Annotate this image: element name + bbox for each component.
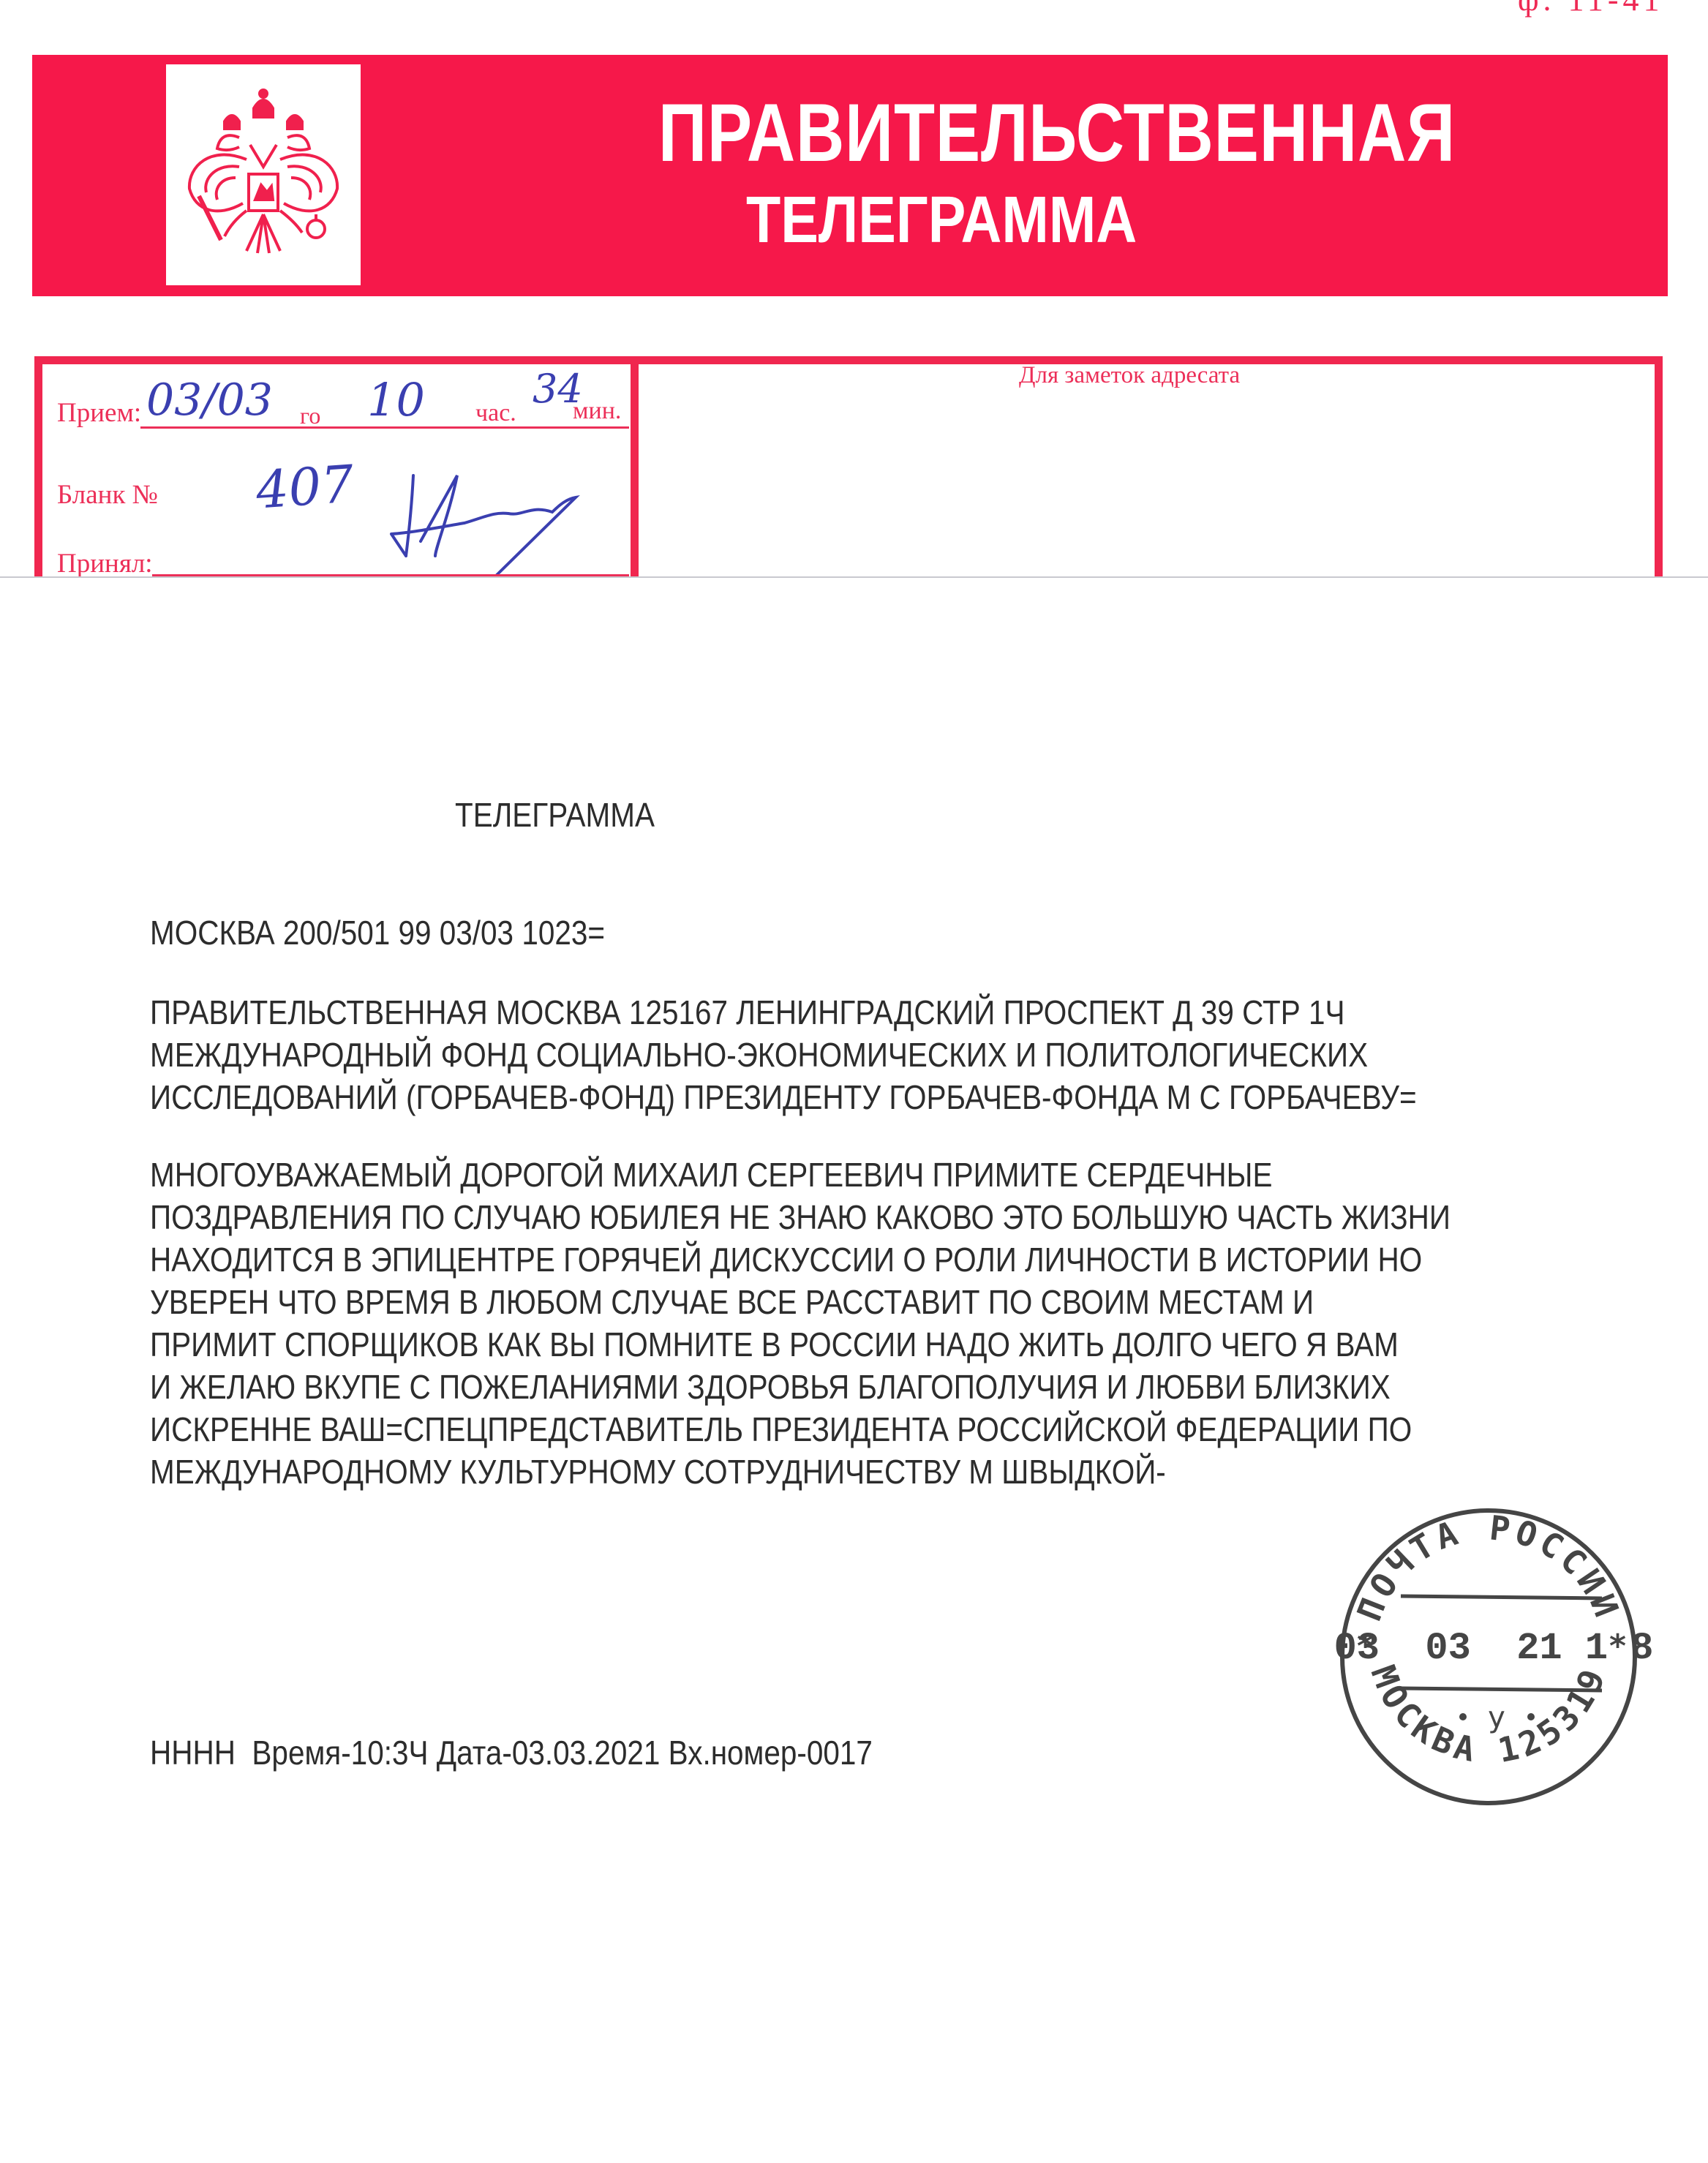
- blank-number-label: Бланк №: [57, 479, 158, 511]
- address-line: МЕЖДУНАРОДНЫЙ ФОНД СОЦИАЛЬНО-ЭКОНОМИЧЕСК…: [150, 1037, 1417, 1080]
- telegram-address: ПРАВИТЕЛЬСТВЕННАЯ МОСКВА 125167 ЛЕНИНГРА…: [150, 995, 1590, 1122]
- postmark-top-text: ПОЧТА РОССИИ: [1350, 1508, 1628, 1626]
- recipient-notes-label: Для заметок адресата: [1019, 362, 1240, 389]
- reception-hour-handwritten: 10: [367, 373, 425, 426]
- telegram-routing: МОСКВА 200/501 99 03/03 1023=: [150, 915, 605, 950]
- svg-text:ПОЧТА РОССИИ: ПОЧТА РОССИИ: [1350, 1508, 1628, 1626]
- form-number: ф. 11-41: [1518, 0, 1664, 18]
- russian-coat-of-arms-icon: [166, 64, 361, 285]
- reception-underline: [140, 426, 629, 429]
- body-line: И ЖЕЛАЮ ВКУПЕ С ПОЖЕЛАНИЯМИ ЗДОРОВЬЯ БЛА…: [150, 1369, 1451, 1412]
- form-column-divider: [631, 356, 639, 578]
- body-line: ПОЗДРАВЛЕНИЯ ПО СЛУЧАЮ ЮБИЛЕЯ НЕ ЗНАЮ КА…: [150, 1200, 1451, 1242]
- telegram-heading: ТЕЛЕГРАММА: [455, 797, 655, 832]
- telegram-body: МНОГОУВАЖАЕМЫЙ ДОРОГОЙ МИХАИЛ СЕРГЕЕВИЧ …: [150, 1157, 1628, 1497]
- minute-label: мин.: [573, 397, 621, 425]
- address-line: ПРАВИТЕЛЬСТВЕННАЯ МОСКВА 125167 ЛЕНИНГРА…: [150, 995, 1417, 1037]
- body-line: ИСКРЕННЕ ВАШ=СПЕЦПРЕДСТАВИТЕЛЬ ПРЕЗИДЕНТ…: [150, 1412, 1451, 1454]
- body-line: ПРИМИТ СПОРЩИКОВ КАК ВЫ ПОМНИТЕ В РОССИИ…: [150, 1327, 1451, 1369]
- postmark-stamp-icon: ПОЧТА РОССИИ МОСКВА 125319 * * 03 03 21 …: [1324, 1503, 1653, 1810]
- telegram-footer: НННН Время-10:3Ч Дата-03.03.2021 Вх.номе…: [150, 1735, 873, 1770]
- postmark-date: 03 03 21 1 8: [1334, 1627, 1653, 1670]
- body-line: МНОГОУВАЖАЕМЫЙ ДОРОГОЙ МИХАИЛ СЕРГЕЕВИЧ …: [150, 1157, 1451, 1200]
- body-line: НАХОДИТСЯ В ЭПИЦЕНТРЕ ГОРЯЧЕЙ ДИСКУССИИ …: [150, 1242, 1451, 1284]
- banner-subtitle: ТЕЛЕГРАММА: [746, 187, 1137, 253]
- reception-date-handwritten: 03/03: [146, 375, 273, 426]
- postmark-marker: у: [1488, 1701, 1505, 1734]
- reception-label: Прием:: [57, 397, 141, 429]
- go-label: го: [300, 402, 320, 429]
- banner-title: ПРАВИТЕЛЬСТВЕННАЯ: [658, 92, 1432, 174]
- emblem-box: [166, 64, 361, 285]
- address-line: ИССЛЕДОВАНИЙ (ГОРБАЧЕВ-ФОНД) ПРЕЗИДЕНТУ …: [150, 1080, 1417, 1122]
- signature-icon: [384, 446, 603, 585]
- body-line: МЕЖДУНАРОДНОМУ КУЛЬТУРНОМУ СОТРУДНИЧЕСТВ…: [150, 1454, 1451, 1497]
- body-line: УВЕРЕН ЧТО ВРЕМЯ В ЛЮБОМ СЛУЧАЕ ВСЕ РАСС…: [150, 1284, 1451, 1327]
- accepted-by-label: Принял:: [57, 548, 153, 579]
- blank-number-handwritten: 407: [254, 454, 355, 520]
- hour-label: час.: [475, 399, 516, 427]
